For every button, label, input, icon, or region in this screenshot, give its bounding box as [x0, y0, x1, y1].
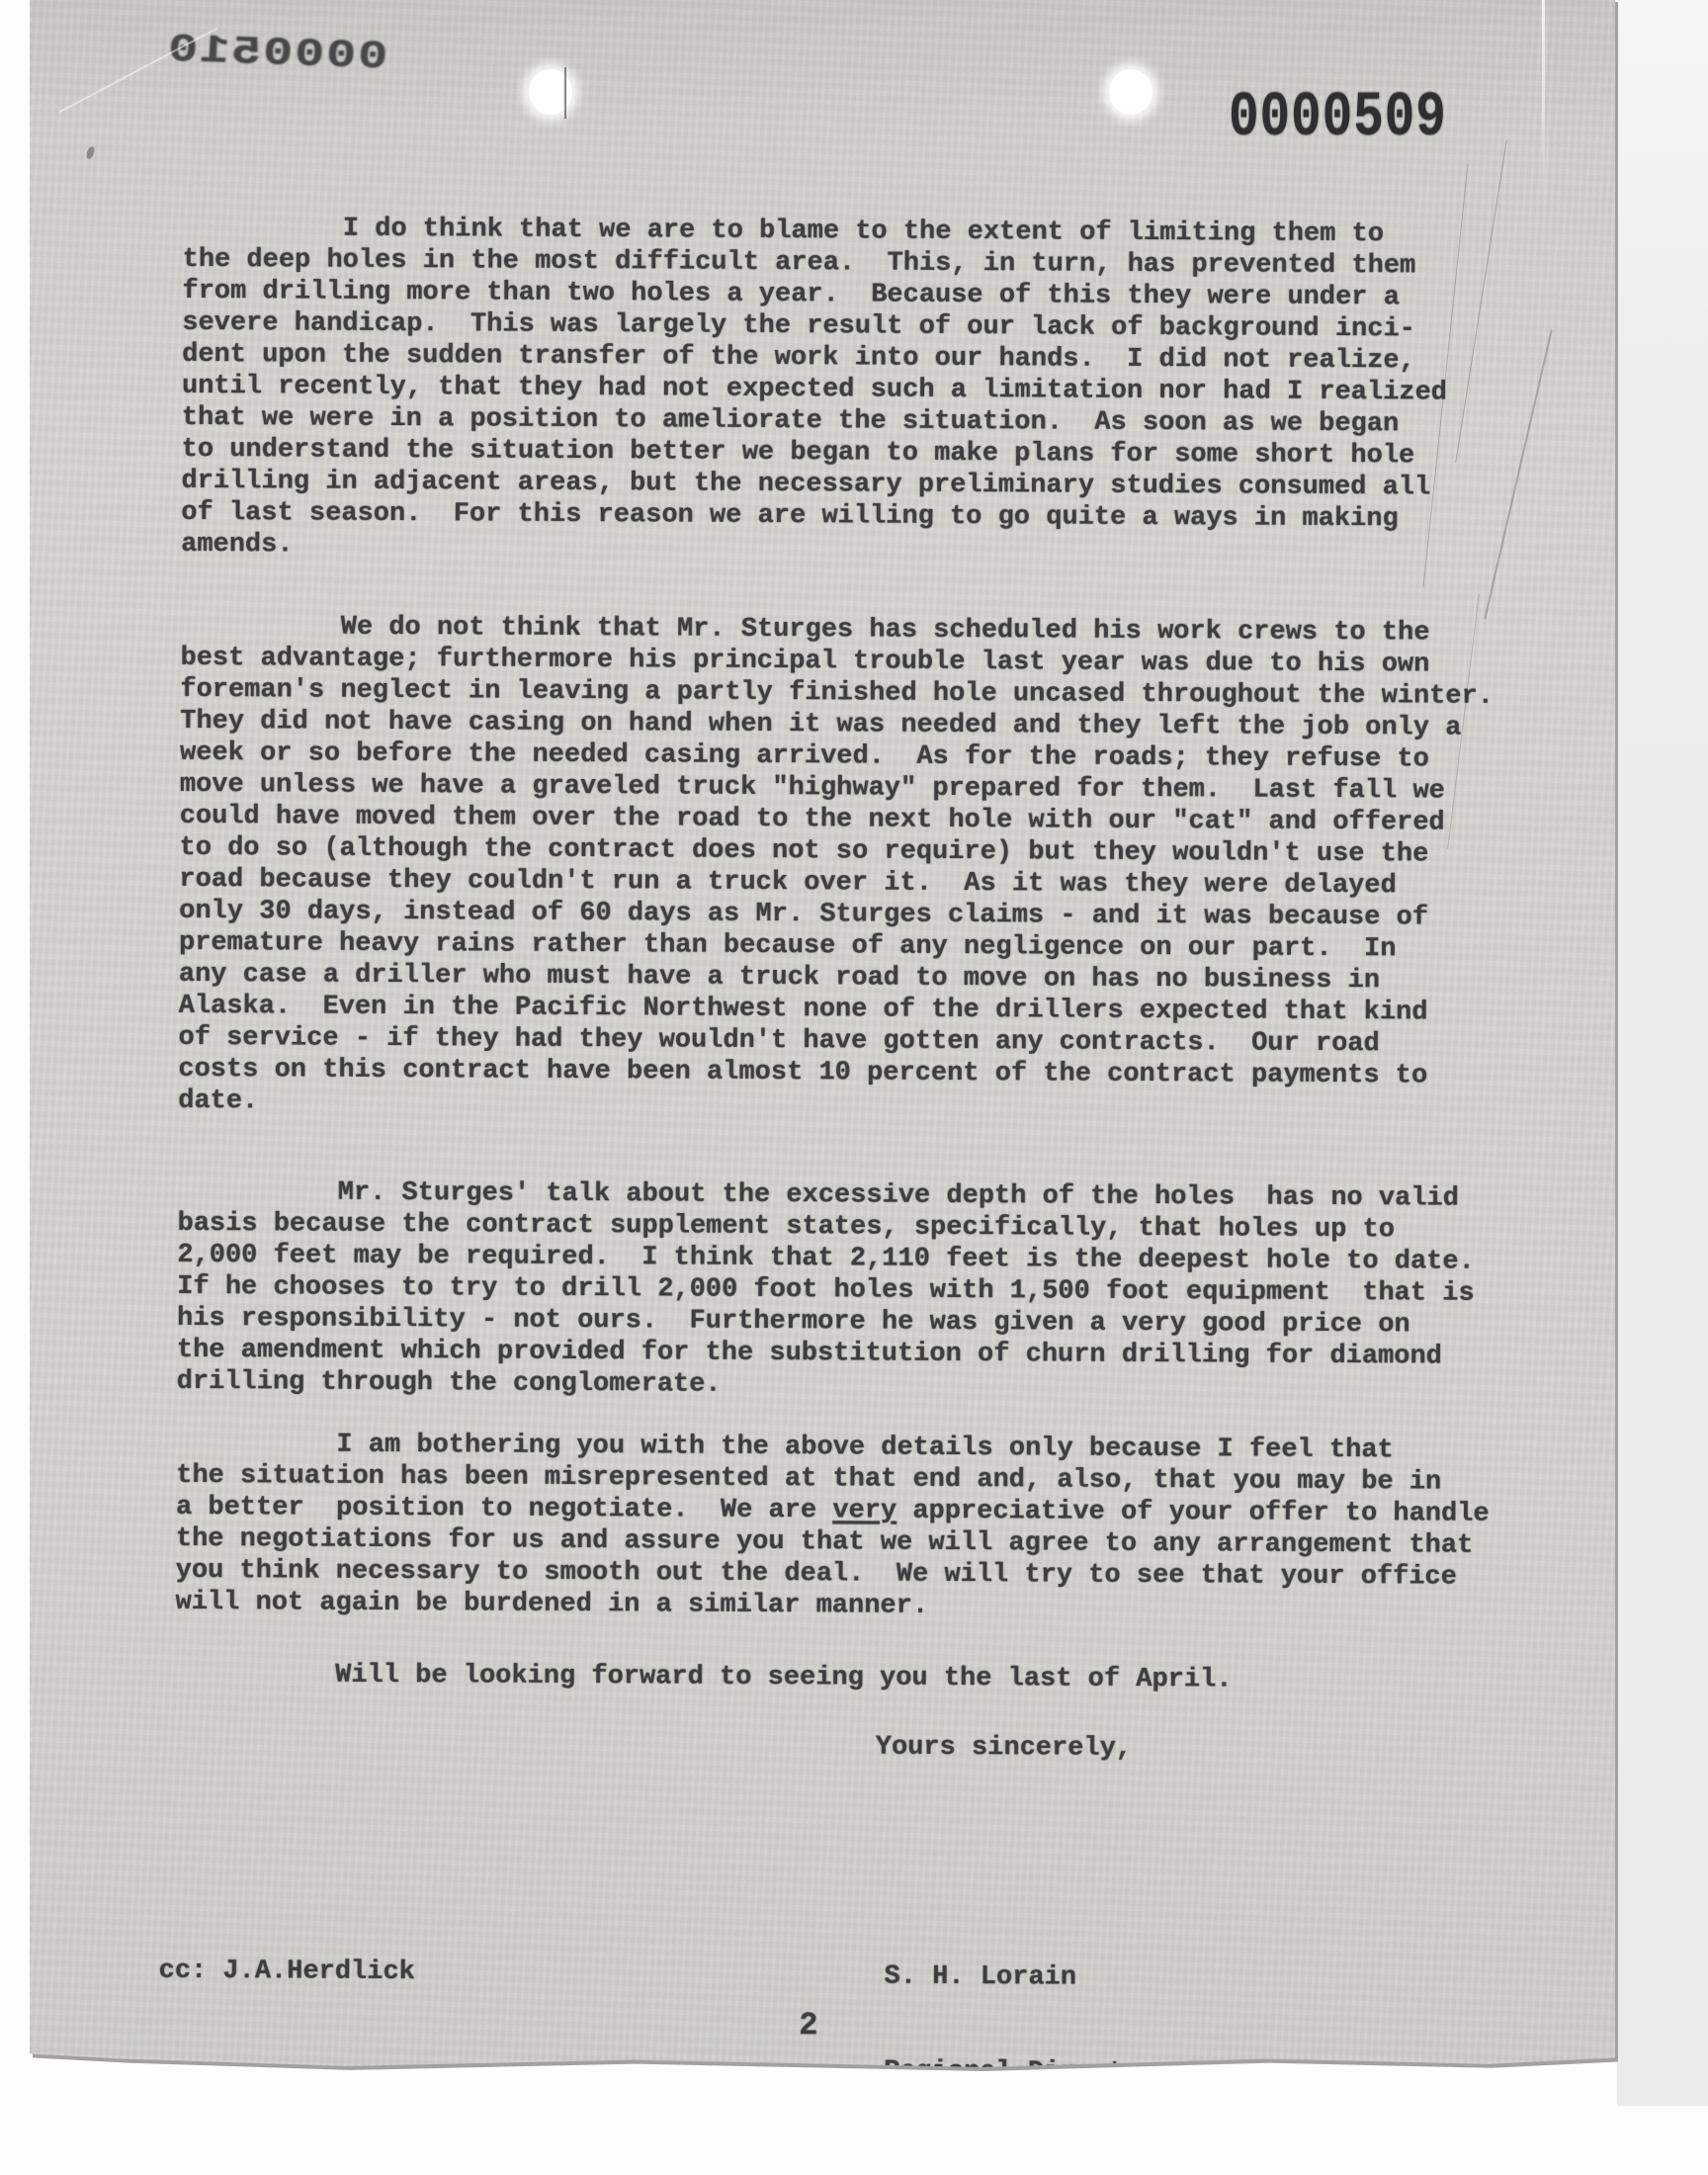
letter-page: 0000510 0000509 Will be looking forward …: [30, 0, 1615, 2068]
paragraph: Will be looking forward to seeing you th…: [175, 1659, 1233, 1696]
signature-block: S. H. Lorain Regional Director, Region I: [884, 1898, 1318, 2153]
line-text: appreciative of your offer to handle: [897, 1497, 1490, 1529]
underlined-word: very: [832, 1496, 897, 1525]
closing-salutation: Yours sincerely,: [876, 1732, 1132, 1765]
signature-name: S. H. Lorain: [885, 1961, 1318, 1995]
paragraph: I am bothering you with the above detail…: [175, 1429, 1490, 1625]
letter-body: Will be looking forward to seeing you th…: [20, 0, 1616, 2075]
paragraph: Mr. Sturges' talk about the excessive de…: [177, 1176, 1476, 1405]
letter-line: Will be looking forward to seeing you th…: [175, 1659, 1233, 1696]
scanner-background-right: [1617, 0, 1708, 2106]
page-number: 2: [799, 2010, 817, 2042]
paragraph: We do not think that Mr. Sturges has sch…: [178, 611, 1494, 1124]
letter-line: of last season. For this reason we are w…: [181, 497, 1446, 536]
letter-line: amends.: [181, 529, 1446, 567]
paragraph: I do think that we are to blame to the e…: [181, 213, 1448, 567]
cc-line: cc: J.A.Herdlick: [159, 1956, 415, 1988]
line-text: a better position to negotiate. We are: [176, 1493, 832, 1525]
